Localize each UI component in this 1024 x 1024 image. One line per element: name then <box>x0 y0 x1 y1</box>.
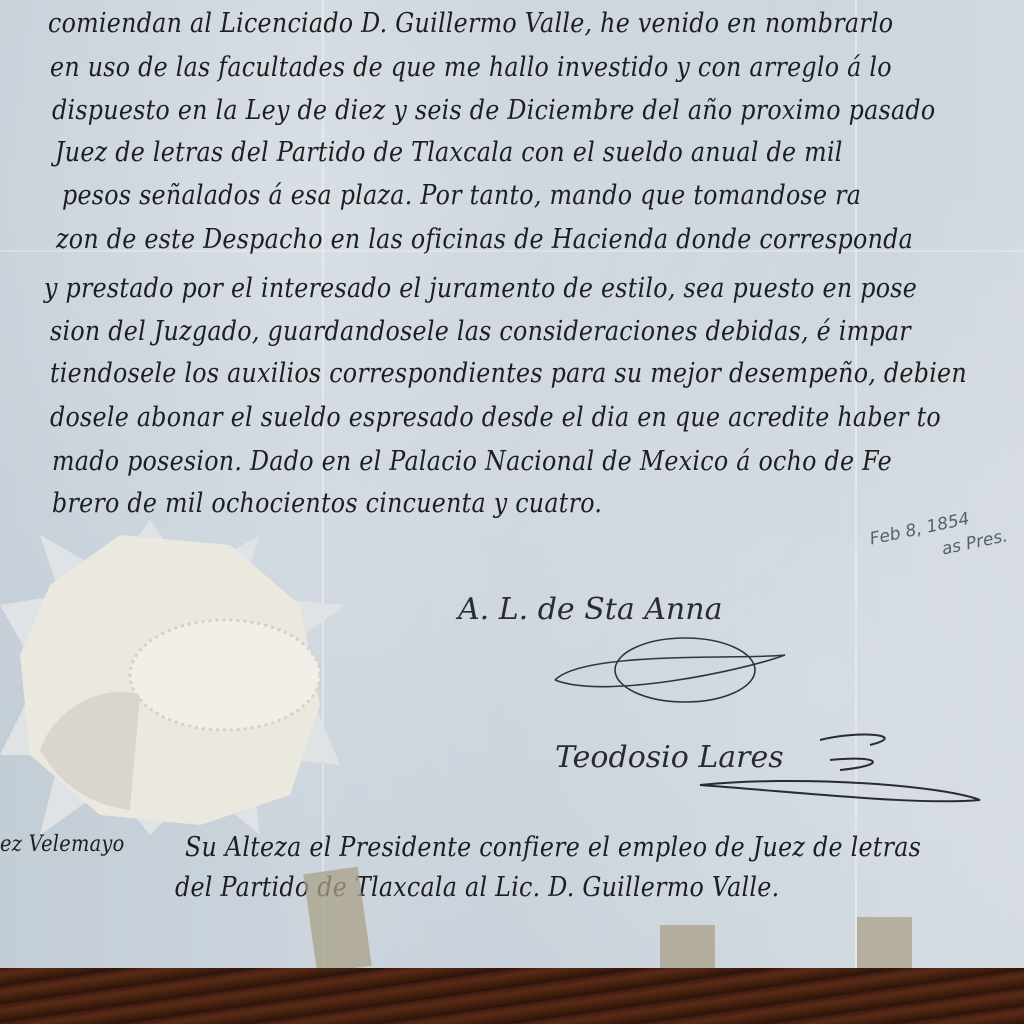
wooden-table-surface <box>0 968 1024 1024</box>
body-line: pesos señalados á esa plaza. Por tanto, … <box>62 180 861 211</box>
body-line: sion del Juzgado, guardandosele las cons… <box>50 316 911 347</box>
body-line: y prestado por el interesado el jurament… <box>44 273 917 304</box>
margin-fragment: ez Velemayo <box>0 832 125 857</box>
footer-line: Su Alteza el Presidente confiere el empl… <box>185 832 921 863</box>
signature-santa-anna: A. L. de Sta Anna <box>458 592 722 627</box>
body-line: dispuesto en la Ley de diez y seis de Di… <box>52 95 935 126</box>
body-line: dosele abonar el sueldo espresado desde … <box>50 402 941 433</box>
rubric-flourish <box>545 630 795 710</box>
rubric-flourish <box>680 725 1000 810</box>
body-line: mado posesion. Dado en el Palacio Nacion… <box>52 446 892 477</box>
footer-line: del Partido de Tlaxcala al Lic. D. Guill… <box>175 872 779 903</box>
body-line: comiendan al Licenciado D. Guillermo Val… <box>48 8 893 39</box>
body-line: tiendosele los auxilios correspondientes… <box>50 358 967 389</box>
body-line: zon de este Despacho en las oficinas de … <box>56 224 913 255</box>
embossed-paper-seal <box>0 515 345 845</box>
body-line: Juez de letras del Partido de Tlaxcala c… <box>55 137 843 168</box>
body-line: en uso de las facultades de que me hallo… <box>50 52 892 83</box>
